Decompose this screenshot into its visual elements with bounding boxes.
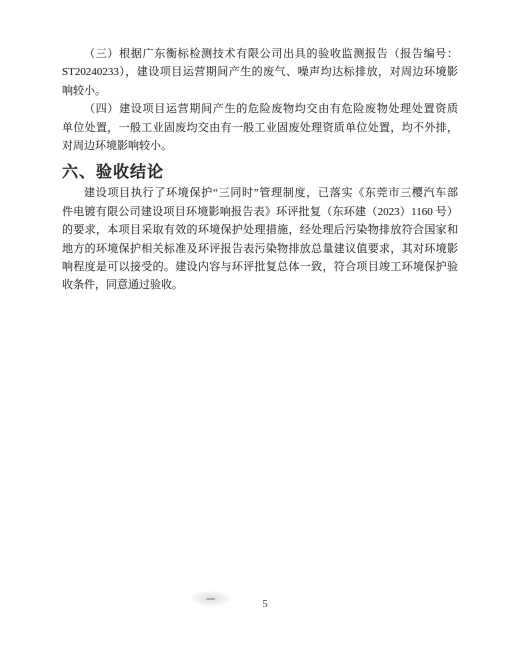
conclusion-line: 响程度是可以接受的。建设内容与环评批复总体一致，符合项目竣工环境保护验 (62, 258, 458, 276)
paragraph-four: （四）建设项目运营期间产生的危险废物均交由有危险废物处理处置资质 单位处置，一般… (62, 100, 458, 155)
conclusion-paragraph: 建设项目执行了环境保护“三同时”管理制度，已落实《东莞市三樱汽车部 件电镀有限公… (62, 184, 458, 294)
paragraph-four-line: 对周边环境影响较小。 (62, 137, 458, 155)
paragraph-four-line: （四）建设项目运营期间产生的危险废物均交由有危险废物处理处置资质 (62, 100, 458, 118)
paragraph-three-line: 响较小。 (62, 82, 458, 100)
conclusion-line: 件电镀有限公司建设项目环境影响报告表》环评批复（东环建（2023）1160 号） (62, 203, 458, 221)
document-page: （三）根据广东衡标检测技术有限公司出具的验收监测报告（报告编号： ST20240… (0, 0, 530, 650)
conclusion-line: 收条件，同意通过验收。 (62, 276, 458, 294)
conclusion-line: 的要求，本项目采取有效的环境保护处理措施，经处理后污染物排放符合国家和 (62, 221, 458, 239)
conclusion-line: 建设项目执行了环境保护“三同时”管理制度，已落实《东莞市三樱汽车部 (62, 184, 458, 202)
page-number: 5 (0, 598, 530, 610)
conclusion-line: 地方的环境保护相关标准及环评报告表污染物排放总量建议值要求，其对环境影 (62, 240, 458, 258)
document-body: （三）根据广东衡标检测技术有限公司出具的验收监测报告（报告编号： ST20240… (62, 45, 458, 295)
paragraph-four-line: 单位处置，一般工业固废均交由有一般工业固废处理资质单位处置，均不外排， (62, 119, 458, 137)
paragraph-three-line: ST20240233），建设项目运营期间产生的废气、噪声均达标排放，对周边环境影 (62, 63, 458, 81)
paragraph-three-line: （三）根据广东衡标检测技术有限公司出具的验收监测报告（报告编号： (62, 45, 458, 63)
paragraph-three: （三）根据广东衡标检测技术有限公司出具的验收监测报告（报告编号： ST20240… (62, 45, 458, 100)
section-heading-conclusion: 六、验收结论 (62, 162, 458, 184)
